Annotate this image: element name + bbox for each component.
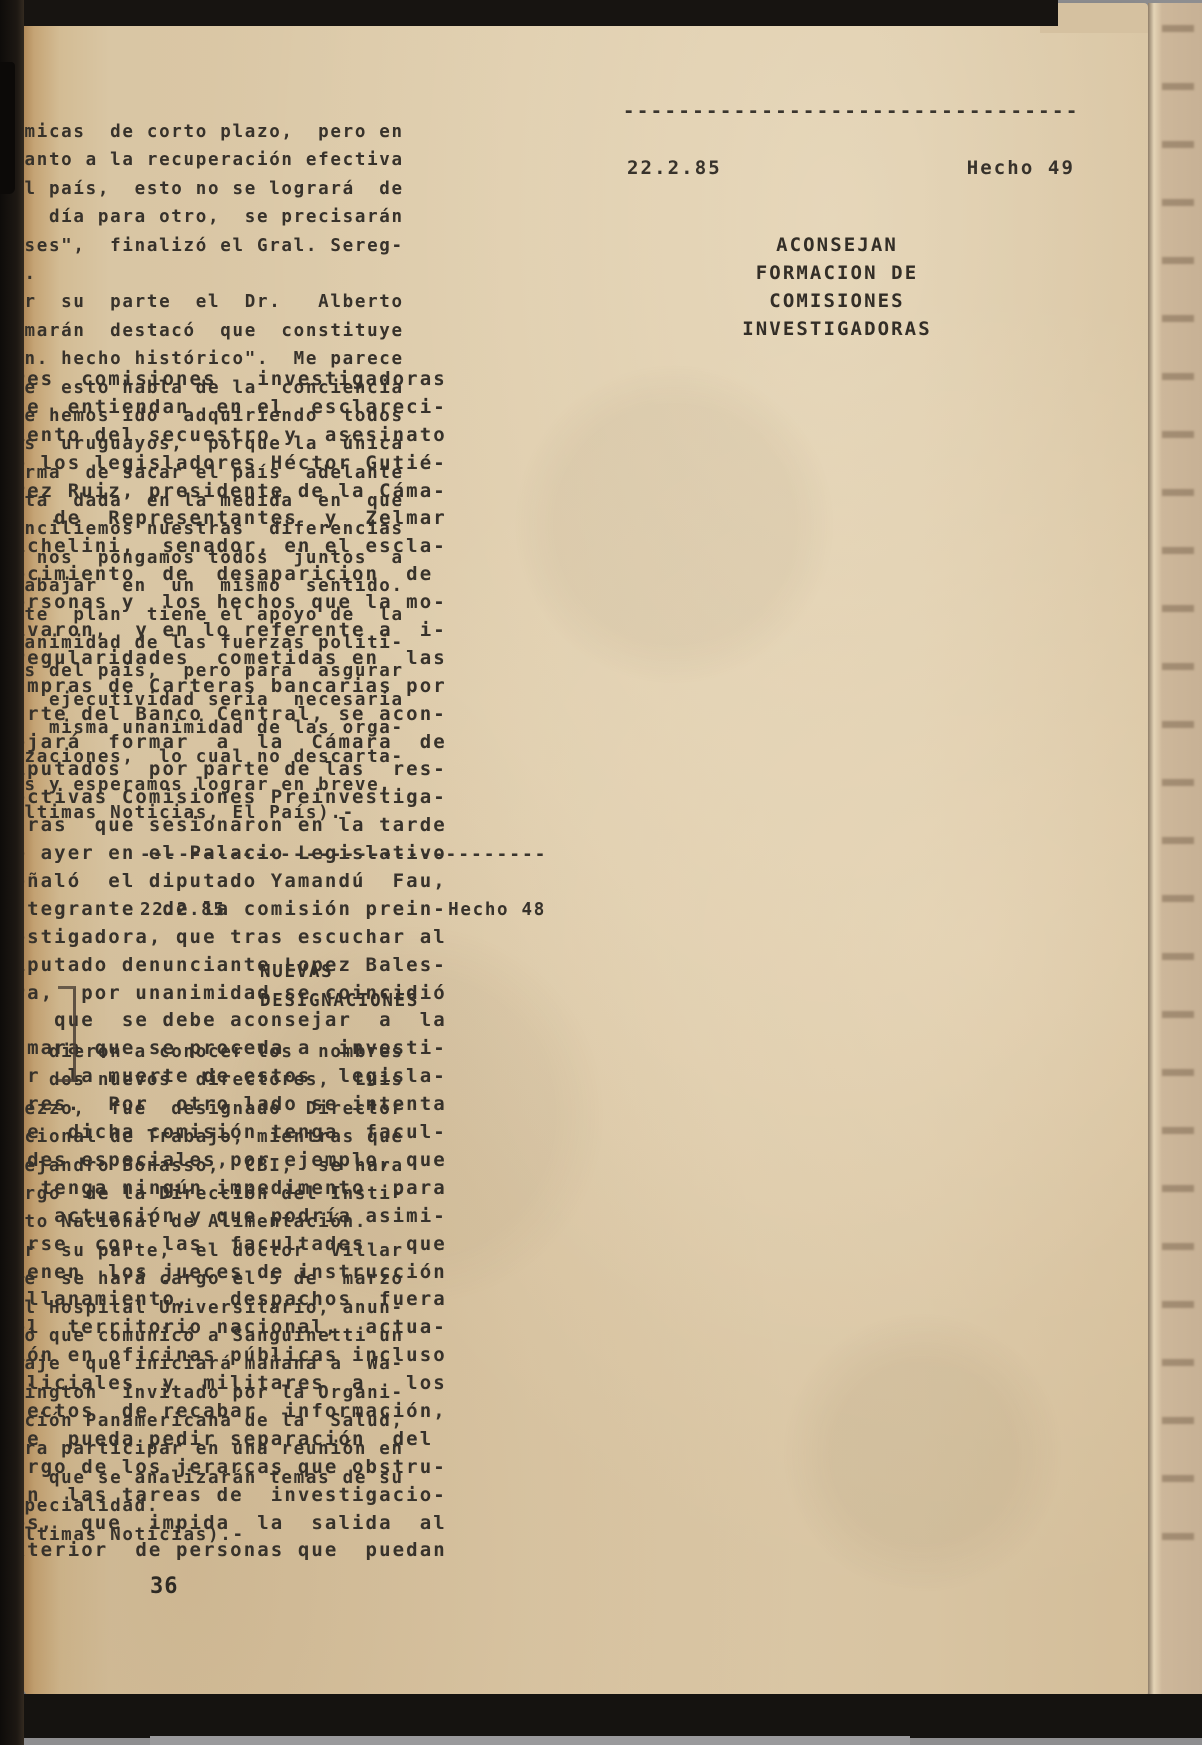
- text-line: ni.: [0, 260, 408, 288]
- text-line: cargo de los jerarcas que obstru-: [0, 1454, 452, 1482]
- text-line: integrante de la comisión prein-: [0, 896, 452, 924]
- text-line: del país, esto no se logrará de: [0, 175, 408, 203]
- text-line: Por su parte el Dr. Alberto: [0, 288, 408, 316]
- text-line: que entiendan en el esclareci-: [0, 394, 452, 422]
- entry-header-right: 22.2.85 Hecho 49: [627, 157, 1075, 179]
- text-line: INVESTIGADORAS: [627, 316, 1047, 344]
- text-line: (allanamiento, despachos fuera: [0, 1286, 452, 1314]
- text-line: parte del Banco Central, se acon-: [0, 701, 452, 729]
- right-column-story: Tres comisiones investigadorasque entien…: [0, 366, 452, 1565]
- text-line: de ayer en el Palacio Legislativo: [0, 840, 452, 868]
- entry-date: 22.2.85: [627, 157, 722, 179]
- text-line: que dicha comisión tenga facul-: [0, 1119, 452, 1147]
- text-line: larse con las facultades que: [0, 1231, 452, 1259]
- text-line: del territorio nacional, actua-: [0, 1314, 452, 1342]
- entry-hecho-number: Hecho 49: [967, 157, 1075, 179]
- text-line: tades especiales,por ejemplo, que: [0, 1147, 452, 1175]
- text-line: Señaló el diputado Yamandú Fau,: [0, 868, 452, 896]
- text-line: un día para otro, se precisarán: [0, 203, 408, 231]
- entry-hecho-number: Hecho 48: [448, 900, 546, 920]
- text-line: su actuación y que podría asimi-: [0, 1203, 452, 1231]
- scan-bottom-gray-strip: [150, 1736, 910, 1745]
- text-line: ra de Representantes y Zelmar: [0, 505, 452, 533]
- text-line: Michelini, senador, en el escla-: [0, 533, 452, 561]
- text-line: Zumarán destacó que constituye: [0, 317, 408, 345]
- text-line: Tres comisiones investigadoras: [0, 366, 452, 394]
- text-line: ción en oficinas públicas incluso: [0, 1342, 452, 1370]
- text-line: ACONSEJAN: [627, 232, 1047, 260]
- text-line: pectivas Comisiones Preinvestiga-: [0, 784, 452, 812]
- text-line: sejará formar a la Cámara de: [0, 729, 452, 757]
- page-number: 36: [150, 1574, 179, 1599]
- text-line: FORMACION DE: [627, 260, 1047, 288]
- book-spine: [0, 0, 24, 1745]
- text-line: COMISIONES: [627, 288, 1047, 316]
- text-line: tienen los jueces de instrucción: [0, 1259, 452, 1287]
- text-line: personas y los hechos que la mo-: [0, 589, 452, 617]
- text-line: cuanto a la recuperación efectiva: [0, 146, 408, 174]
- spine-tear-tab: [0, 62, 15, 194]
- text-line: rrez Ruiz, presidente de la Cáma-: [0, 478, 452, 506]
- text-line: Diputados por parte de las res-: [0, 756, 452, 784]
- text-line: nómicas de corto plazo, pero en: [0, 118, 408, 146]
- text-line: diputado denunciante Lopez Bales-: [0, 952, 452, 980]
- text-line: recimiento de desaparicion de: [0, 561, 452, 589]
- next-page-edge: [1148, 3, 1202, 1695]
- text-line: exterior de personas que puedan: [0, 1537, 452, 1565]
- text-line: no tenga ningún impedimento para: [0, 1175, 452, 1203]
- text-line: doras que sesionaron en la tarde: [0, 812, 452, 840]
- text-line: efectos de recabar información,: [0, 1398, 452, 1426]
- text-line: yan las tareas de investigacio-: [0, 1482, 452, 1510]
- text-line: meses", finalizó el Gral. Sereg-: [0, 232, 408, 260]
- scan-top-black-bar: [0, 0, 1058, 26]
- text-line: nes, que impida la salida al: [0, 1510, 452, 1538]
- text-line: miento del secuestro y asesinato: [0, 422, 452, 450]
- text-line: compras de Carteras bancarias por: [0, 673, 452, 701]
- scan-background: nómicas de corto plazo, pero encuanto a …: [0, 0, 1202, 1745]
- text-line: de los legisladores Héctor Gutié-: [0, 450, 452, 478]
- text-line: tivaron, y en lo referente a i-: [0, 617, 452, 645]
- text-line: vestigadora, que tras escuchar al: [0, 924, 452, 952]
- next-page-ghost-text: [1162, 25, 1194, 1585]
- scan-bottom-black-bar: [0, 1694, 1202, 1738]
- text-line: que pueda pedir separación del: [0, 1426, 452, 1454]
- article-heading-right: ACONSEJANFORMACION DECOMISIONESINVESTIGA…: [627, 232, 1047, 344]
- staple-icon: [58, 986, 76, 1082]
- text-line: rregularidades cometidas en las: [0, 645, 452, 673]
- dashed-separator-right: ---------------------------------: [623, 100, 1075, 122]
- text-line: policiales y militares a los: [0, 1370, 452, 1398]
- text-line: dores. Por otro lado se intenta: [0, 1091, 452, 1119]
